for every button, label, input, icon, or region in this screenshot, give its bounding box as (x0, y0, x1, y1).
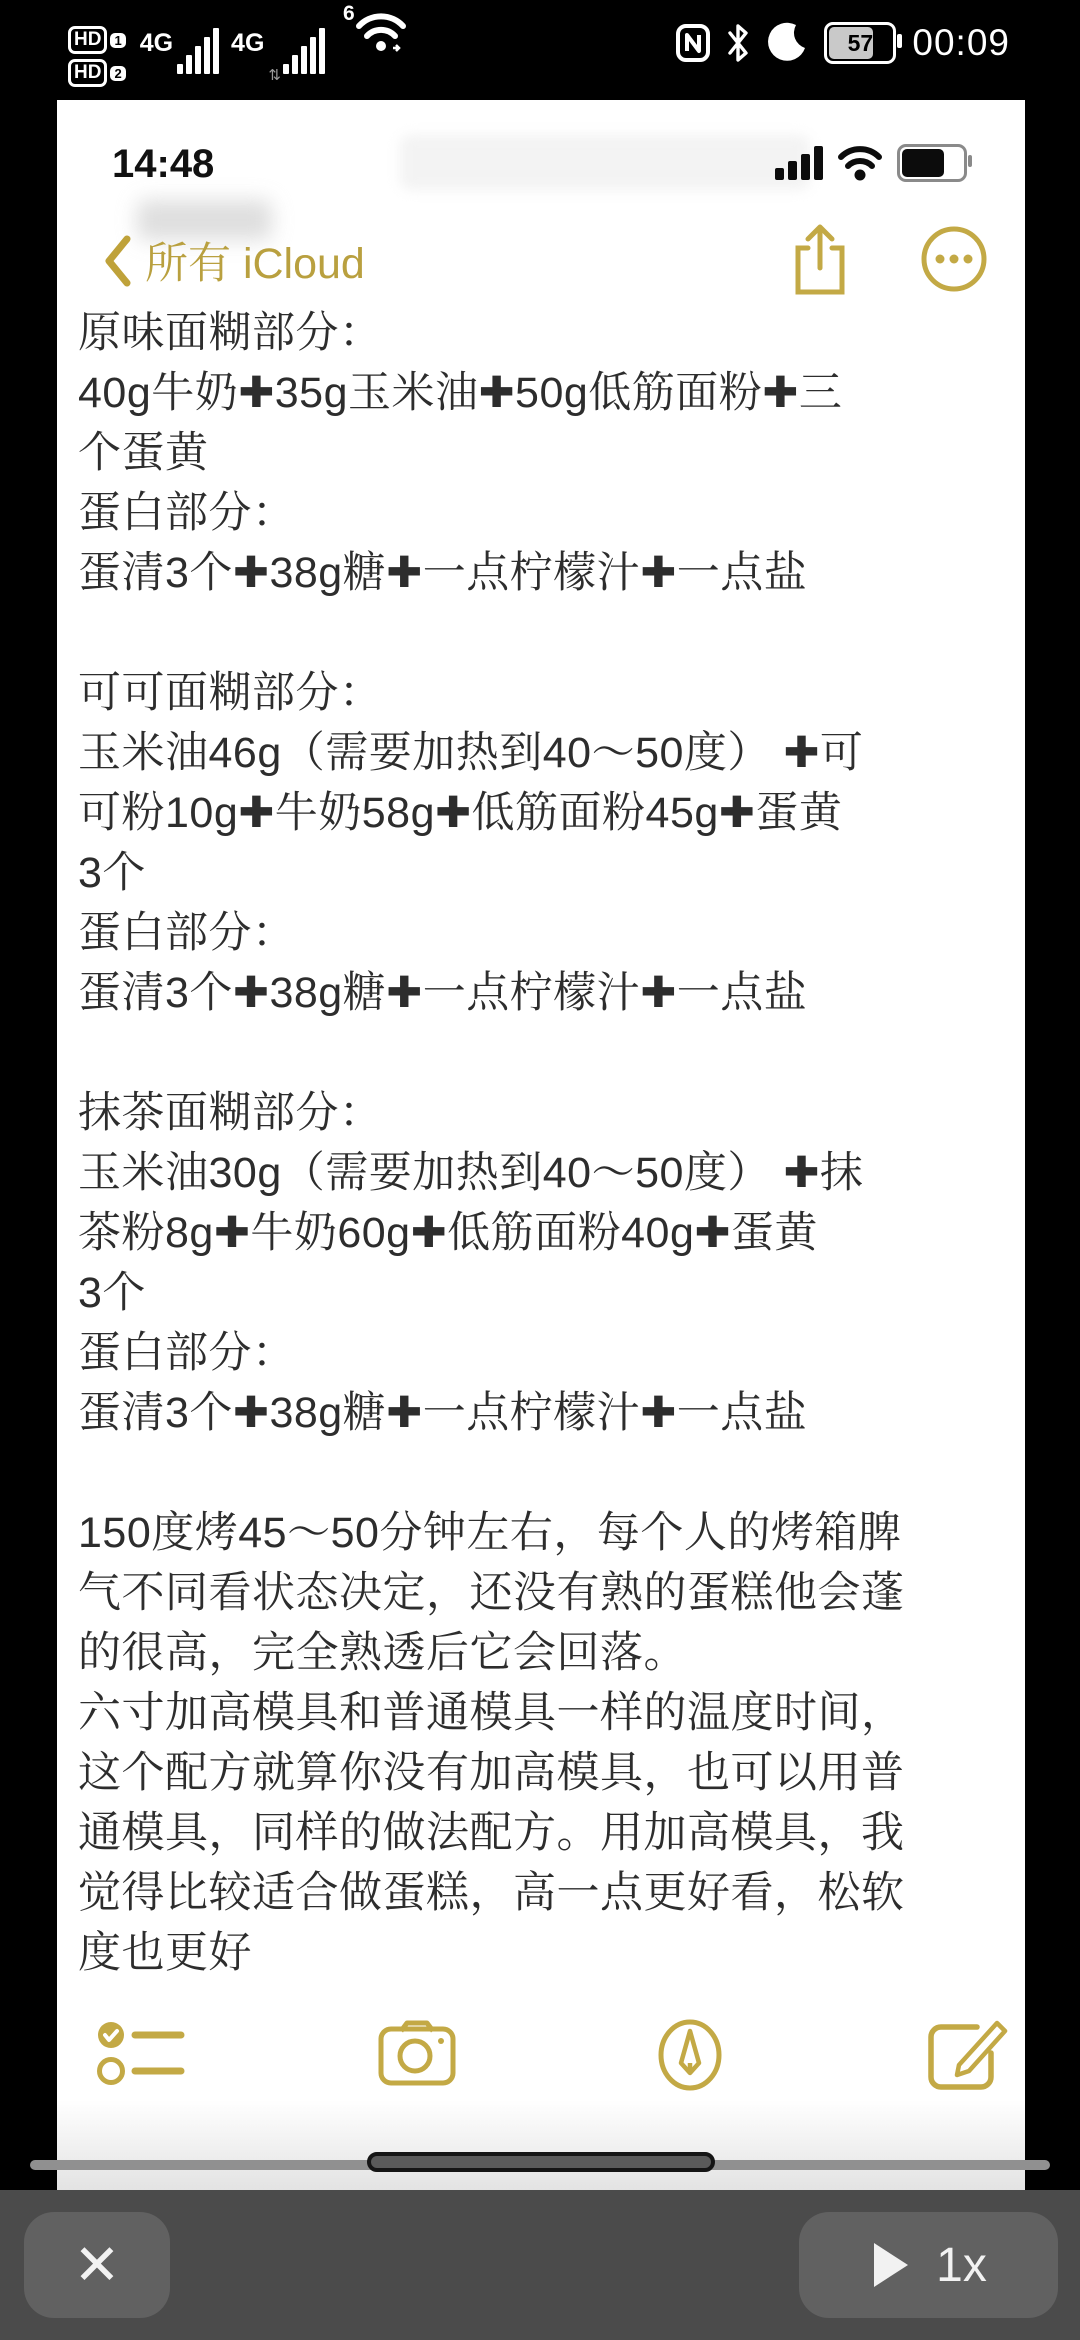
note-text-line: 3个 (78, 843, 1008, 903)
note-text-line: 玉米油46g（需要加热到40～50度） ✚可 (78, 723, 1008, 783)
android-status-bar: HD 1 HD 2 4G 4G ⇅ 6 (0, 0, 1080, 100)
video-progress-handle[interactable] (367, 2152, 715, 2172)
note-text-line (78, 1443, 1008, 1503)
note-text-line: 蛋清3个✚38g糖✚一点柠檬汁✚一点盐 (78, 1383, 1008, 1443)
note-text-line: 40g牛奶✚35g玉米油✚50g低筋面粉✚三 (78, 363, 1008, 423)
markup-pen-icon[interactable] (655, 2017, 725, 2093)
note-text-line: 可可面糊部分： (78, 663, 1008, 723)
volte-hd-sim1-icon: HD 1 (68, 26, 126, 54)
note-text-line: 度也更好 (78, 1923, 1008, 1983)
note-text-line: 蛋清3个✚38g糖✚一点柠檬汁✚一点盐 (78, 543, 1008, 603)
note-text-line (78, 603, 1008, 663)
ios-status-bar: 14:48 (57, 130, 1025, 200)
note-text-line: 这个配方就算你没有加高模具，也可以用普 (78, 1743, 1008, 1803)
note-text-line: 蛋清3个✚38g糖✚一点柠檬汁✚一点盐 (78, 963, 1008, 1023)
play-speed-button[interactable]: 1x (799, 2212, 1058, 2318)
note-body[interactable]: 原味面糊部分：40g牛奶✚35g玉米油✚50g低筋面粉✚三个蛋黄蛋白部分：蛋清3… (78, 303, 1008, 1983)
video-player-bar: ✕ 1x (0, 2190, 1080, 2340)
battery-percent: 57 (827, 30, 893, 57)
checklist-icon[interactable] (95, 2017, 187, 2089)
note-text-line: 通模具，同样的做法配方。用加高模具，我 (78, 1803, 1008, 1863)
note-text-line: 觉得比较适合做蛋糕，高一点更好看，松软 (78, 1863, 1008, 1923)
android-status-left: HD 1 HD 2 4G 4G ⇅ 6 (68, 26, 407, 87)
back-button[interactable]: 所有 iCloud (103, 230, 365, 291)
note-text-line: 六寸加高模具和普通模具一样的温度时间， (78, 1683, 1008, 1743)
note-text-line: 蛋白部分： (78, 1323, 1008, 1383)
volte-hd-sim2-icon: HD 2 (68, 59, 126, 87)
ios-clock: 14:48 (112, 142, 214, 187)
wifi-icon (837, 145, 883, 181)
playback-speed-label: 1x (936, 2238, 987, 2293)
camera-icon[interactable] (375, 2017, 465, 2089)
ios-battery-icon (897, 144, 967, 182)
note-text-line: 3个 (78, 1263, 1008, 1323)
note-text-line: 原味面糊部分： (78, 303, 1008, 363)
notes-header: 所有 iCloud (57, 212, 1025, 302)
notes-toolbar (57, 2005, 1025, 2115)
note-text-line: 蛋白部分： (78, 903, 1008, 963)
close-icon: ✕ (74, 2232, 121, 2298)
battery-icon: 57 (824, 22, 896, 64)
cellular-signal-icon (775, 146, 823, 180)
play-icon (870, 2241, 910, 2289)
share-icon[interactable] (791, 222, 849, 296)
note-text-line: 的很高，完全熟透后它会回落。 (78, 1623, 1008, 1683)
note-text-line: 玉米油30g（需要加热到40～50度） ✚抹 (78, 1143, 1008, 1203)
android-status-right: 57 00:09 (676, 22, 1010, 64)
note-text-line: 抹茶面糊部分： (78, 1083, 1008, 1143)
nfc-icon (676, 24, 710, 62)
do-not-disturb-moon-icon (766, 22, 808, 64)
note-text-line: 气不同看状态决定，还没有熟的蛋糕他会蓬 (78, 1563, 1008, 1623)
note-text-line: 可粉10g✚牛奶58g✚低筋面粉45g✚蛋黄 (78, 783, 1008, 843)
video-bottom-fade (57, 2100, 1025, 2190)
bluetooth-icon (726, 23, 750, 63)
sim2-signal-icon: 4G ⇅ (231, 26, 325, 74)
note-text-line (78, 1023, 1008, 1083)
wifi6-icon: 6 (343, 10, 407, 54)
note-text-line: 茶粉8g✚牛奶60g✚低筋面粉40g✚蛋黄 (78, 1203, 1008, 1263)
back-button-label: 所有 iCloud (145, 230, 365, 291)
close-video-button[interactable]: ✕ (24, 2212, 170, 2318)
sim1-signal-icon: 4G (140, 26, 219, 74)
more-options-icon[interactable] (919, 224, 989, 294)
compose-icon[interactable] (925, 2017, 1009, 2093)
android-clock: 00:09 (912, 22, 1010, 64)
chevron-left-icon (103, 235, 131, 287)
note-text-line: 个蛋黄 (78, 423, 1008, 483)
video-content-notes-app: 14:48 所有 iCloud (57, 100, 1025, 2190)
note-text-line: 蛋白部分： (78, 483, 1008, 543)
note-text-line: 150度烤45～50分钟左右，每个人的烤箱脾 (78, 1503, 1008, 1563)
